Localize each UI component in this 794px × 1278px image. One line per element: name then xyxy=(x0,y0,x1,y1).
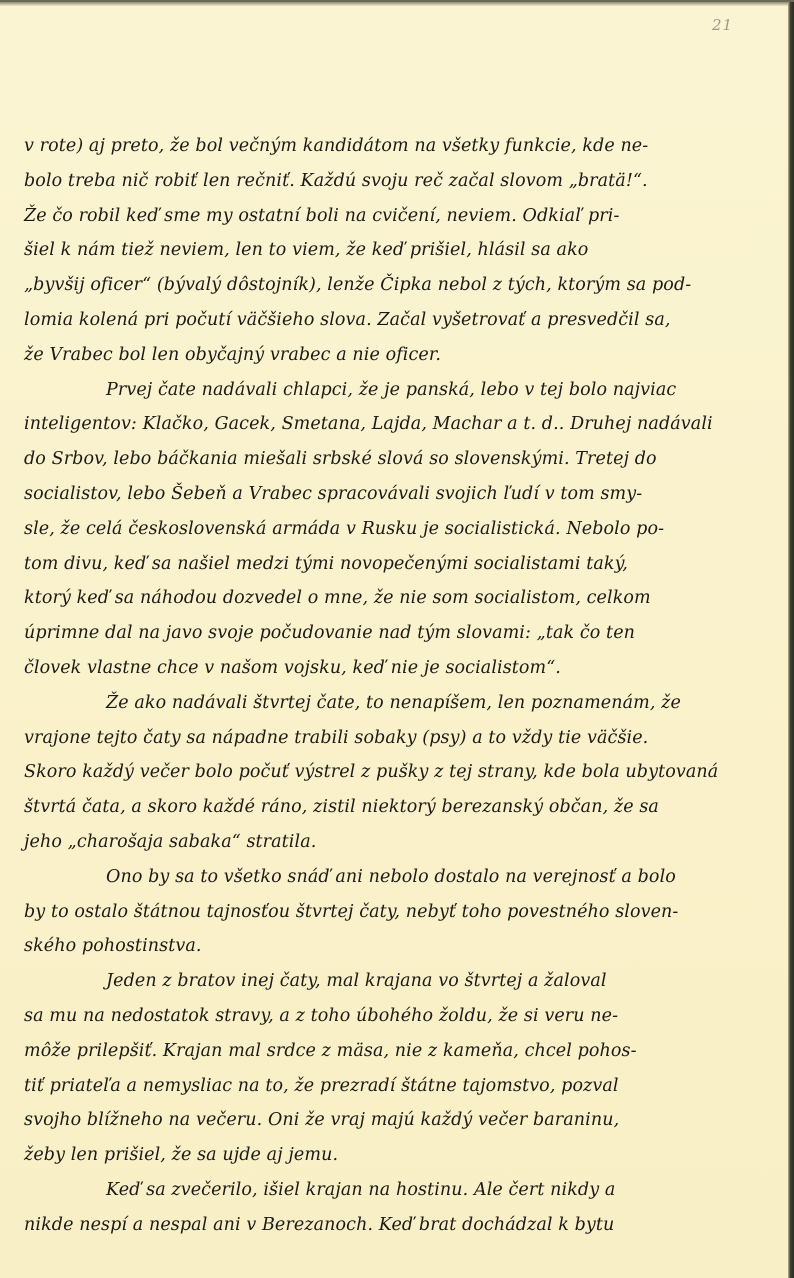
text-line: žeby len prišiel, že sa ujde aj jemu. xyxy=(24,1138,769,1173)
text-line: človek vlastne chce v našom vojsku, keď … xyxy=(24,651,769,686)
page-number: 21 xyxy=(712,16,733,34)
text-line: ktorý keď sa náhodou dozvedel o mne, že … xyxy=(24,581,769,616)
text-line: úprimne dal na javo svoje počudovanie na… xyxy=(24,616,769,651)
paragraph-start-line: Keď sa zvečerilo, išiel krajan na hostin… xyxy=(24,1173,769,1208)
text-line: jeho „charošaja sabaka“ stratila. xyxy=(24,825,769,860)
text-line: lomia kolená pri počutí väčšieho slova. … xyxy=(24,303,769,338)
text-line: ského pohostinstva. xyxy=(24,929,769,964)
paragraph-start-line: Prvej čate nadávali chlapci, že je pansk… xyxy=(24,373,769,408)
page-edge-shadow xyxy=(788,2,794,1278)
text-line: svojho blížneho na večeru. Oni že vraj m… xyxy=(24,1103,769,1138)
text-line: „byvšij oficer“ (bývalý dôstojník), lenž… xyxy=(24,268,769,303)
text-line: by to ostalo štátnou tajnosťou štvrtej č… xyxy=(24,895,769,930)
text-line: nikde nespí a nespal ani v Berezanoch. K… xyxy=(24,1208,769,1243)
text-line: že Vrabec bol len obyčajný vrabec a nie … xyxy=(24,338,769,373)
text-line: socialistov, lebo Šebeň a Vrabec spracov… xyxy=(24,477,769,512)
text-line: v rote) aj preto, že bol večným kandidát… xyxy=(24,129,769,164)
text-line: tiť priateľa a nemysliac na to, že prezr… xyxy=(24,1069,769,1104)
text-line: môže prilepšiť. Krajan mal srdce z mäsa,… xyxy=(24,1034,769,1069)
text-line: tom divu, keď sa našiel medzi tými novop… xyxy=(24,547,769,582)
paragraph-start-line: Ono by sa to všetko snáď ani nebolo dost… xyxy=(24,860,769,895)
text-line: Že čo robil keď sme my ostatní boli na c… xyxy=(24,199,769,234)
text-line: vrajone tejto čaty sa nápadne trabili so… xyxy=(24,721,769,756)
text-line: sa mu na nedostatok stravy, a z toho úbo… xyxy=(24,999,769,1034)
text-line: inteligentov: Klačko, Gacek, Smetana, La… xyxy=(24,407,769,442)
text-line: do Srbov, lebo báčkania miešali srbské s… xyxy=(24,442,769,477)
text-line: sle, že celá československá armáda v Rus… xyxy=(24,512,769,547)
text-line: bolo treba nič robiť len rečniť. Každú s… xyxy=(24,164,769,199)
text-line: štvrtá čata, a skoro každé ráno, zistil … xyxy=(24,790,769,825)
paragraph-start-line: Že ako nadávali štvrtej čate, to nenapíš… xyxy=(24,686,769,721)
handwritten-text-block: v rote) aj preto, že bol večným kandidát… xyxy=(24,129,769,1243)
paragraph-start-line: Jeden z bratov inej čaty, mal krajana vo… xyxy=(24,964,769,999)
text-line: šiel k nám tiež neviem, len to viem, že … xyxy=(24,233,769,268)
manuscript-page: 21 v rote) aj preto, že bol večným kandi… xyxy=(0,0,794,1278)
text-line: Skoro každý večer bolo počuť výstrel z p… xyxy=(24,755,769,790)
